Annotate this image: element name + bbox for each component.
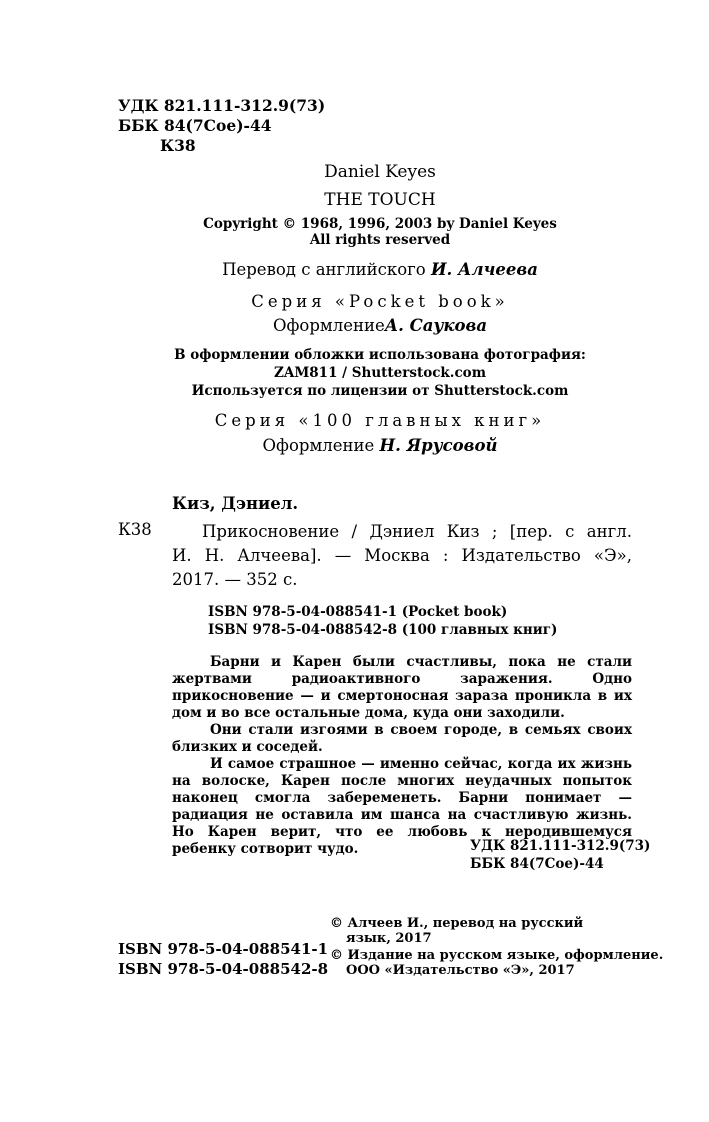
copyright-notice: Copyright © 1968, 1996, 2003 by Daniel K… [150,216,610,232]
bibliographic-line: И. Н. Алчеева]. — Москва : Издательство … [172,544,632,568]
design-credit-2: Оформление Н. Ярусовой [150,436,610,455]
translation-credit: Перевод с английского И. Алчеева [150,260,610,279]
design-credit-1: ОформлениеА. Саукова [150,316,610,335]
copyright-line: ООО «Издательство «Э», 2017 [330,963,663,978]
udk-code: УДК 821.111-312.9(73) [118,96,325,116]
annotation-paragraph: Барни и Карен были счастливы, пока не ст… [172,654,632,722]
designer-name: А. Саукова [385,316,487,335]
udk-code-bottom: УДК 821.111-312.9(73) [470,838,650,854]
series-pocket-book: Серия «Pocket book» [150,292,610,311]
copyright-line: © Алчеев И., перевод на русский [330,916,583,931]
annotation-paragraph: Они стали изгоями в своем городе, в семь… [172,722,632,756]
photo-credit-line: В оформлении обложки использована фотогр… [150,346,610,364]
photo-license: Используется по лицензии от Shutterstock… [150,382,610,400]
translator-name: И. Алчеева [431,260,538,279]
design-label: Оформление [273,316,385,335]
bbk-code: ББК 84(7Сое)-44 [118,116,272,136]
isbn-footer-2: ISBN 978-5-04-088542-8 [118,960,328,978]
designer-name: Н. Ярусовой [380,436,498,455]
isbn-pocket-book: ISBN 978-5-04-088541-1 (Pocket book) [208,604,507,620]
photo-credit-source: ZAM811 / Shutterstock.com [150,364,610,382]
bibliographic-line: Прикосновение / Дэниел Киз ; [пер. с анг… [172,520,632,544]
isbn-100-books: ISBN 978-5-04-088542-8 (100 главных книг… [208,622,557,638]
copyright-translation: © Алчеев И., перевод на русский язык, 20… [330,916,583,946]
copyright-line: © Издание на русском языке, оформление. [330,948,663,963]
bibliographic-author: Киз, Дэниел. [172,494,298,513]
bibliographic-line: 2017. — 352 с. [172,568,632,592]
bibliographic-mark: К38 [118,520,152,539]
rights-reserved: All rights reserved [150,232,610,248]
copyright-edition: © Издание на русском языке, оформление. … [330,948,663,978]
isbn-footer-1: ISBN 978-5-04-088541-1 [118,940,328,958]
design-label: Оформление [263,436,375,455]
series-100-books: Серия «100 главных книг» [150,411,610,430]
author-mark: К38 [160,136,196,156]
author-name-english: Daniel Keyes [150,162,610,182]
book-title-english: THE TOUCH [150,190,610,210]
bbk-code-bottom: ББК 84(7Сое)-44 [470,856,604,872]
copyright-line: язык, 2017 [330,931,583,946]
translation-label: Перевод с английского [222,260,426,279]
annotation: Барни и Карен были счастливы, пока не ст… [172,654,632,858]
